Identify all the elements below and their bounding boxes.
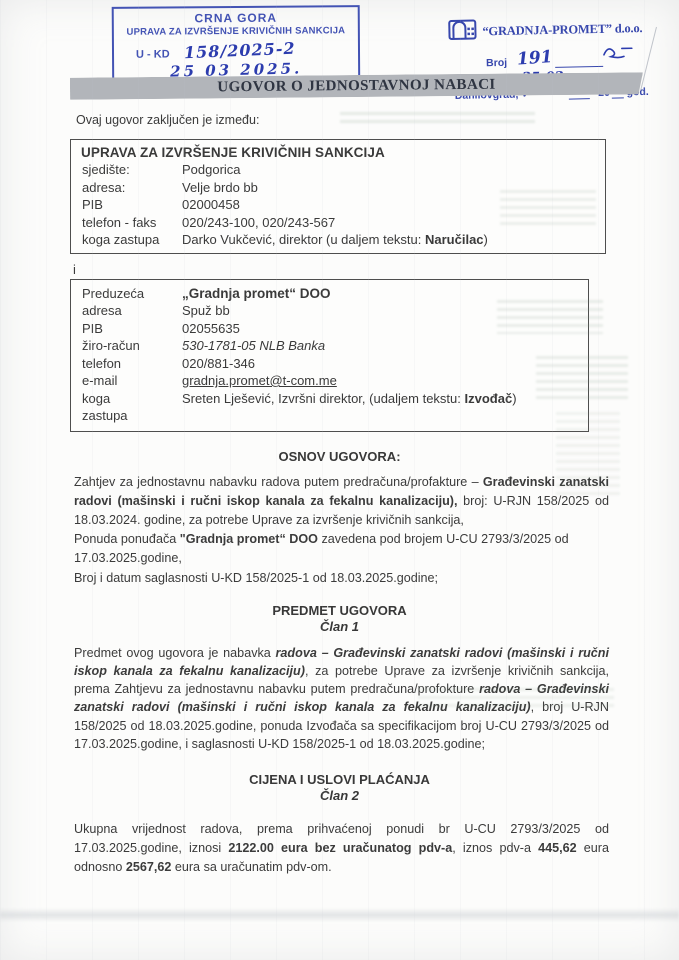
party1-header: UPRAVA ZA IZVRŠENJE KRIVIČNIH SANKCIJA bbox=[71, 143, 605, 161]
conjunction-i: i bbox=[73, 262, 679, 277]
table-row: žiro-račun 530-1781-05 NLB Banka bbox=[71, 337, 588, 355]
section-heading-osnov: OSNOV UGOVORA: bbox=[72, 449, 607, 464]
scan-smudge bbox=[0, 908, 679, 922]
table-row: PIB 02055635 bbox=[71, 320, 588, 338]
section-heading-predmet: PREDMET UGOVORA bbox=[72, 603, 607, 618]
predmet-paragraph: Predmet ovog ugovora je nabavka radova –… bbox=[74, 644, 609, 753]
company-stamp-name: “GRADNJA-PROMET” d.o.o. bbox=[482, 21, 642, 39]
table-row: telefon 020/881-346 bbox=[71, 355, 588, 373]
table-row: PIB 02000458 bbox=[71, 196, 605, 214]
stamp-country: CRNA GORA bbox=[114, 10, 358, 26]
osnov-paragraph: Zahtjev za jednostavnu nabavku radova pu… bbox=[74, 473, 609, 588]
table-row: adresa Spuž bb bbox=[71, 302, 588, 320]
scanned-contract-page: CRNA GORA UPRAVA ZA IZVRŠENJE KRIVIČNIH … bbox=[0, 0, 679, 960]
broj-label: Broj bbox=[486, 57, 507, 69]
intro-line: Ovaj ugovor zaključen je između: bbox=[76, 113, 609, 127]
building-icon bbox=[447, 17, 478, 47]
cijena-paragraph: Ukupna vrijednost radova, prema prihvaće… bbox=[74, 820, 609, 878]
clan-1-label: Član 1 bbox=[72, 619, 607, 634]
table-row: koga zastupa Sreten Lješević, Izvršni di… bbox=[71, 390, 588, 425]
contract-body: Ovaj ugovor zaključen je između: UPRAVA … bbox=[0, 98, 679, 878]
table-row: koga zastupa Darko Vukčević, direktor (u… bbox=[71, 231, 605, 249]
table-row: adresa: Velje brdo bb bbox=[71, 179, 605, 197]
stamp-ukd-row: U - KD 158/2025-2 bbox=[136, 40, 348, 60]
section-heading-cijena: CIJENA I USLOVI PLAĆANJA bbox=[72, 772, 607, 787]
broj-blank-line bbox=[554, 54, 602, 68]
clan-2-label: Član 2 bbox=[72, 788, 607, 803]
broj-handwritten-number: 191 bbox=[516, 47, 553, 70]
table-row: telefon - faks 020/243-100, 020/243-567 bbox=[71, 214, 605, 232]
handwritten-paraph bbox=[600, 44, 634, 68]
party1-table: UPRAVA ZA IZVRŠENJE KRIVIČNIH SANKCIJA s… bbox=[70, 139, 606, 254]
ukd-label: U - KD bbox=[136, 48, 170, 60]
table-row: e-mail gradnja.promet@t-com.me bbox=[71, 372, 588, 390]
party2-table: Preduzeća „Gradnja promet“ DOO adresa Sp… bbox=[70, 279, 589, 432]
document-title: UGOVOR O JEDNOSTAVNOJ NABACI bbox=[217, 76, 495, 96]
table-row: sjedište: Podgorica bbox=[71, 161, 605, 179]
table-row: Preduzeća „Gradnja promet“ DOO bbox=[71, 285, 588, 303]
stamp-org-name: UPRAVA ZA IZVRŠENJE KRIVIČNIH SANKCIJA bbox=[114, 25, 358, 38]
